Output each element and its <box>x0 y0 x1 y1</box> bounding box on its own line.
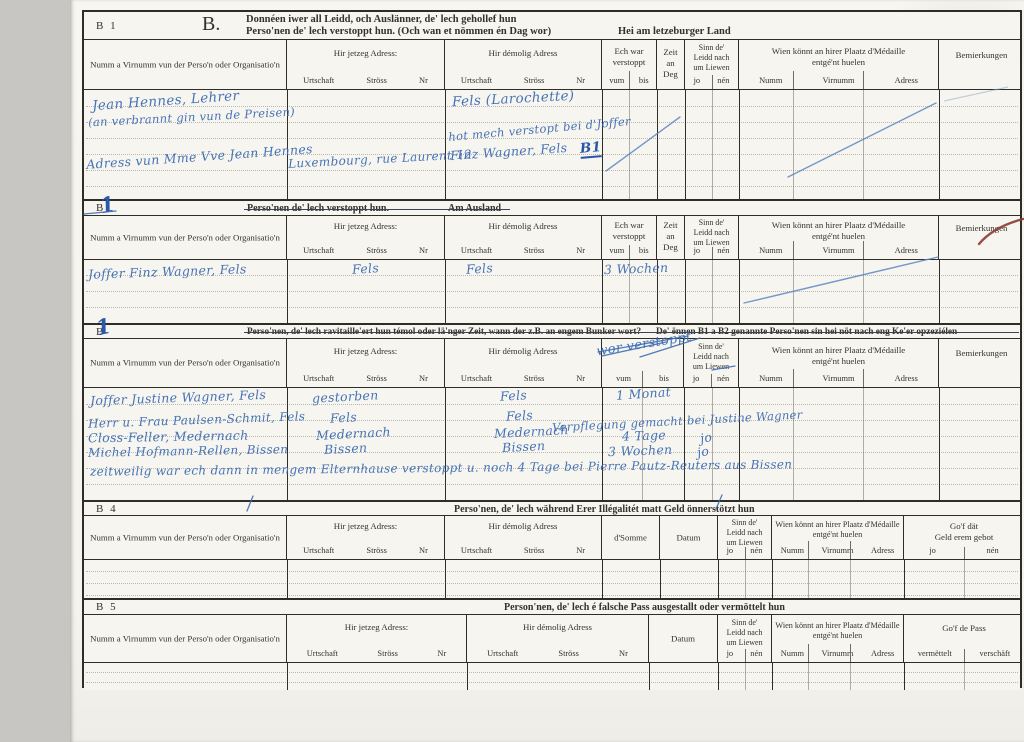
section-b1-label: B 1 <box>96 20 118 32</box>
handwriting-b3-jetzeg-4: Bissen <box>324 440 368 457</box>
section-b5-data <box>84 663 1020 690</box>
sub-stross: Ströss <box>524 76 544 85</box>
sub-jo: jo <box>694 76 701 85</box>
col-wien-label: Wien könnt an hirer Plaatz d'Médaille en… <box>739 46 938 68</box>
section-b5-column-headers: Numm a Virnumm vun der Perso'n oder Orga… <box>84 615 1020 663</box>
handwriting-b3-jetzeg-2: Fels <box>330 409 358 425</box>
col-dsomme: d'Somme <box>602 516 660 559</box>
col-sinn: Sinn de' Leidd nach um Liewen jo nén <box>718 615 772 662</box>
section-b4-data <box>84 560 1020 598</box>
section-b4-title: Perso'nen, de' lech während Erer Illégal… <box>454 504 755 515</box>
col-datum: Datum <box>649 615 718 662</box>
col-sinn-label: Sinn de' Leidd nach um Liewen <box>685 43 738 73</box>
col-jetzeg-adress: Hir jetzeg Adress: Urtschaft Ströss Nr <box>287 216 445 259</box>
col-gof-geld: Go'f dät Geld erem gebot jo nén <box>904 516 1024 559</box>
col-name-org: Numm a Virnumm vun der Perso'n oder Orga… <box>84 615 287 662</box>
col-jetzeg-label: Hir jetzeg Adress: <box>287 48 444 59</box>
section-b1-band: B 1 B. Donnéen iwer all Leidd, och Auslä… <box>84 12 1020 40</box>
col-sinn: Sinn de' Leidd nach um Liewen jo nén <box>685 40 739 89</box>
col-bemierkungen: Bemierkungen <box>939 216 1024 259</box>
col-sinn: Sinn de' Leidd nach um Liewen jo nén <box>685 216 739 259</box>
col-jetzeg-adress: Hir jetzeg Adress: Urtschaft Ströss Nr <box>287 40 445 89</box>
handwriting-b3-dauer-4: 3 Wochen <box>608 442 673 459</box>
col-jetzeg-adress: Hir jetzeg Adress: Urtschaft Ströss Nr <box>287 615 467 662</box>
col-verstoppt-label: Ech war verstoppt <box>602 46 656 68</box>
strikethrough-line <box>244 332 1019 333</box>
sub-vermettelt: vermëttelt <box>918 649 952 658</box>
col-demolig-adress: Hir démolig Adress Urtschaft Ströss Nr <box>445 216 602 259</box>
col-demolig-adress: Hir démolig Adress Urtschaft Ströss Nr <box>445 516 602 559</box>
col-wien: Wien könnt an hirer Plaatz d'Médaille en… <box>772 615 904 662</box>
col-bemierkungen: Bemierkungen <box>939 40 1024 89</box>
sub-virnumm: Virnumm <box>822 76 854 85</box>
col-wien: Wien könnt an hirer Plaatz d'Médaille en… <box>739 216 939 259</box>
col-bemierkungen-label: Bemierkungen <box>939 50 1024 61</box>
col-bemierkungen: Bemierkungen <box>939 339 1024 387</box>
col-verstoppt: Ech war verstoppt vum bis <box>602 216 657 259</box>
col-zeit-label: Zeit an Deg <box>657 47 684 80</box>
handwriting-b1-reference-mark: B1 <box>579 139 602 159</box>
col-jetzeg-adress: Hir jetzeg Adress: Urtschaft Ströss Nr <box>287 339 445 387</box>
col-name-org-label: Numm a Virnumm vun der Perso'n oder Orga… <box>84 59 286 70</box>
sub-nen: nén <box>717 76 729 85</box>
section-b1-title-line2: Perso'nen de' lech verstoppt hun. (Och w… <box>246 26 551 37</box>
handwriting-b3-demolig-1: Fels <box>500 387 528 403</box>
col-zeit: Zeit an Deg <box>657 216 685 259</box>
section-b2-band: B Perso'nen de' lech verstoppt hun. Am A… <box>84 199 1020 216</box>
section-b3-band: B Perso'nen, de' lech ravitaille'ert hun… <box>84 323 1020 339</box>
col-zeit: Zeit an Deg <box>657 40 685 89</box>
handwriting-b3-demolig-4: Bissen <box>502 438 546 455</box>
section-b5-title: Person'nen, de' lech é falsche Pass ausg… <box>504 602 785 613</box>
sub-numm: Numm <box>759 76 782 85</box>
col-jetzeg-adress: Hir jetzeg Adress: Urtschaft Ströss Nr <box>287 516 445 559</box>
col-demolig-adress: Hir démolig Adress Urtschaft Ströss Nr <box>445 339 602 387</box>
sub-nr: Nr <box>419 76 428 85</box>
section-b4-label: B 4 <box>96 503 118 515</box>
sub-adress: Adress <box>895 76 918 85</box>
scanned-form-page: B 1 B. Donnéen iwer all Leidd, och Auslä… <box>0 0 1024 742</box>
handwriting-b3-demolig-2: Fels <box>506 407 534 423</box>
sub-nr: Nr <box>576 76 585 85</box>
col-datum: Datum <box>660 516 718 559</box>
col-name-org: Numm a Virnumm vun der Perso'n oder Orga… <box>84 516 287 559</box>
section-b2-column-headers: Numm a Virnumm vun der Perso'n oder Orga… <box>84 216 1020 260</box>
section-b4-band: B 4 Perso'nen, de' lech während Erer Ill… <box>84 500 1020 516</box>
section-b1-big-letter: B. <box>202 13 220 36</box>
sub-verschaft: verschäft <box>979 649 1010 658</box>
handwriting-b2-dauer: 3 Wochen <box>604 260 669 277</box>
col-gof-pass: Go'f de Pass vermëttelt verschäft <box>904 615 1024 662</box>
section-b5-label: B 5 <box>96 601 118 613</box>
sub-stross: Ströss <box>366 76 386 85</box>
handwriting-b2-jetzeg: Fels <box>352 260 380 277</box>
col-name-org: Numm a Virnumm vun der Perso'n oder Orga… <box>84 339 287 387</box>
section-b4-column-headers: Numm a Virnumm vun der Perso'n oder Orga… <box>84 516 1020 560</box>
col-demolig-adress: Hir démolig Adress Urtschaft Ströss Nr <box>445 40 602 89</box>
sub-urtschaft: Urtschaft <box>461 76 492 85</box>
section-b5-band: B 5 Person'nen, de' lech é falsche Pass … <box>84 598 1020 615</box>
section-b3-column-headers: Numm a Virnumm vun der Perso'n oder Orga… <box>84 339 1020 388</box>
col-wien: Wien könnt an hirer Plaatz d'Médaille en… <box>772 516 904 559</box>
col-demolig-adress: Hir démolig Adress Urtschaft Ströss Nr <box>467 615 649 662</box>
handwriting-b2-demolig: Fels <box>466 260 494 277</box>
col-sinn: Sinn de' Leidd nach um Liewen jo nén <box>718 516 772 559</box>
strikethrough-line <box>244 209 454 210</box>
sub-urtschaft: Urtschaft <box>303 76 334 85</box>
col-name-org: Numm a Virnumm vun der Perso'n oder Orga… <box>84 216 287 259</box>
strikethrough-line <box>444 209 510 210</box>
col-wien: Wien könnt an hirer Plaatz d'Médaille en… <box>739 40 939 89</box>
section-b1-column-headers: Numm a Virnumm vun der Perso'n oder Orga… <box>84 40 1020 90</box>
sub-bis: bis <box>639 76 649 85</box>
col-sinn: Sinn de' Leidd nach um Liewen jo nén <box>684 339 739 387</box>
section-b1-title-line3: Hei am letzeburger Land <box>618 26 731 37</box>
col-demolig-label: Hir démolig Adress <box>445 48 601 59</box>
col-name-org: Numm a Virnumm vun der Perso'n oder Orga… <box>84 40 287 89</box>
col-wien: Wien könnt an hirer Plaatz d'Médaille en… <box>739 339 939 387</box>
col-verstoppt: Ech war verstoppt vum bis <box>602 40 657 89</box>
handwriting-b3-dauer-3: 4 Tage <box>622 427 666 444</box>
section-b1-title-line1: Donnéen iwer all Leidd, och Auslänner, d… <box>246 14 516 25</box>
sub-vum: vum <box>609 76 624 85</box>
